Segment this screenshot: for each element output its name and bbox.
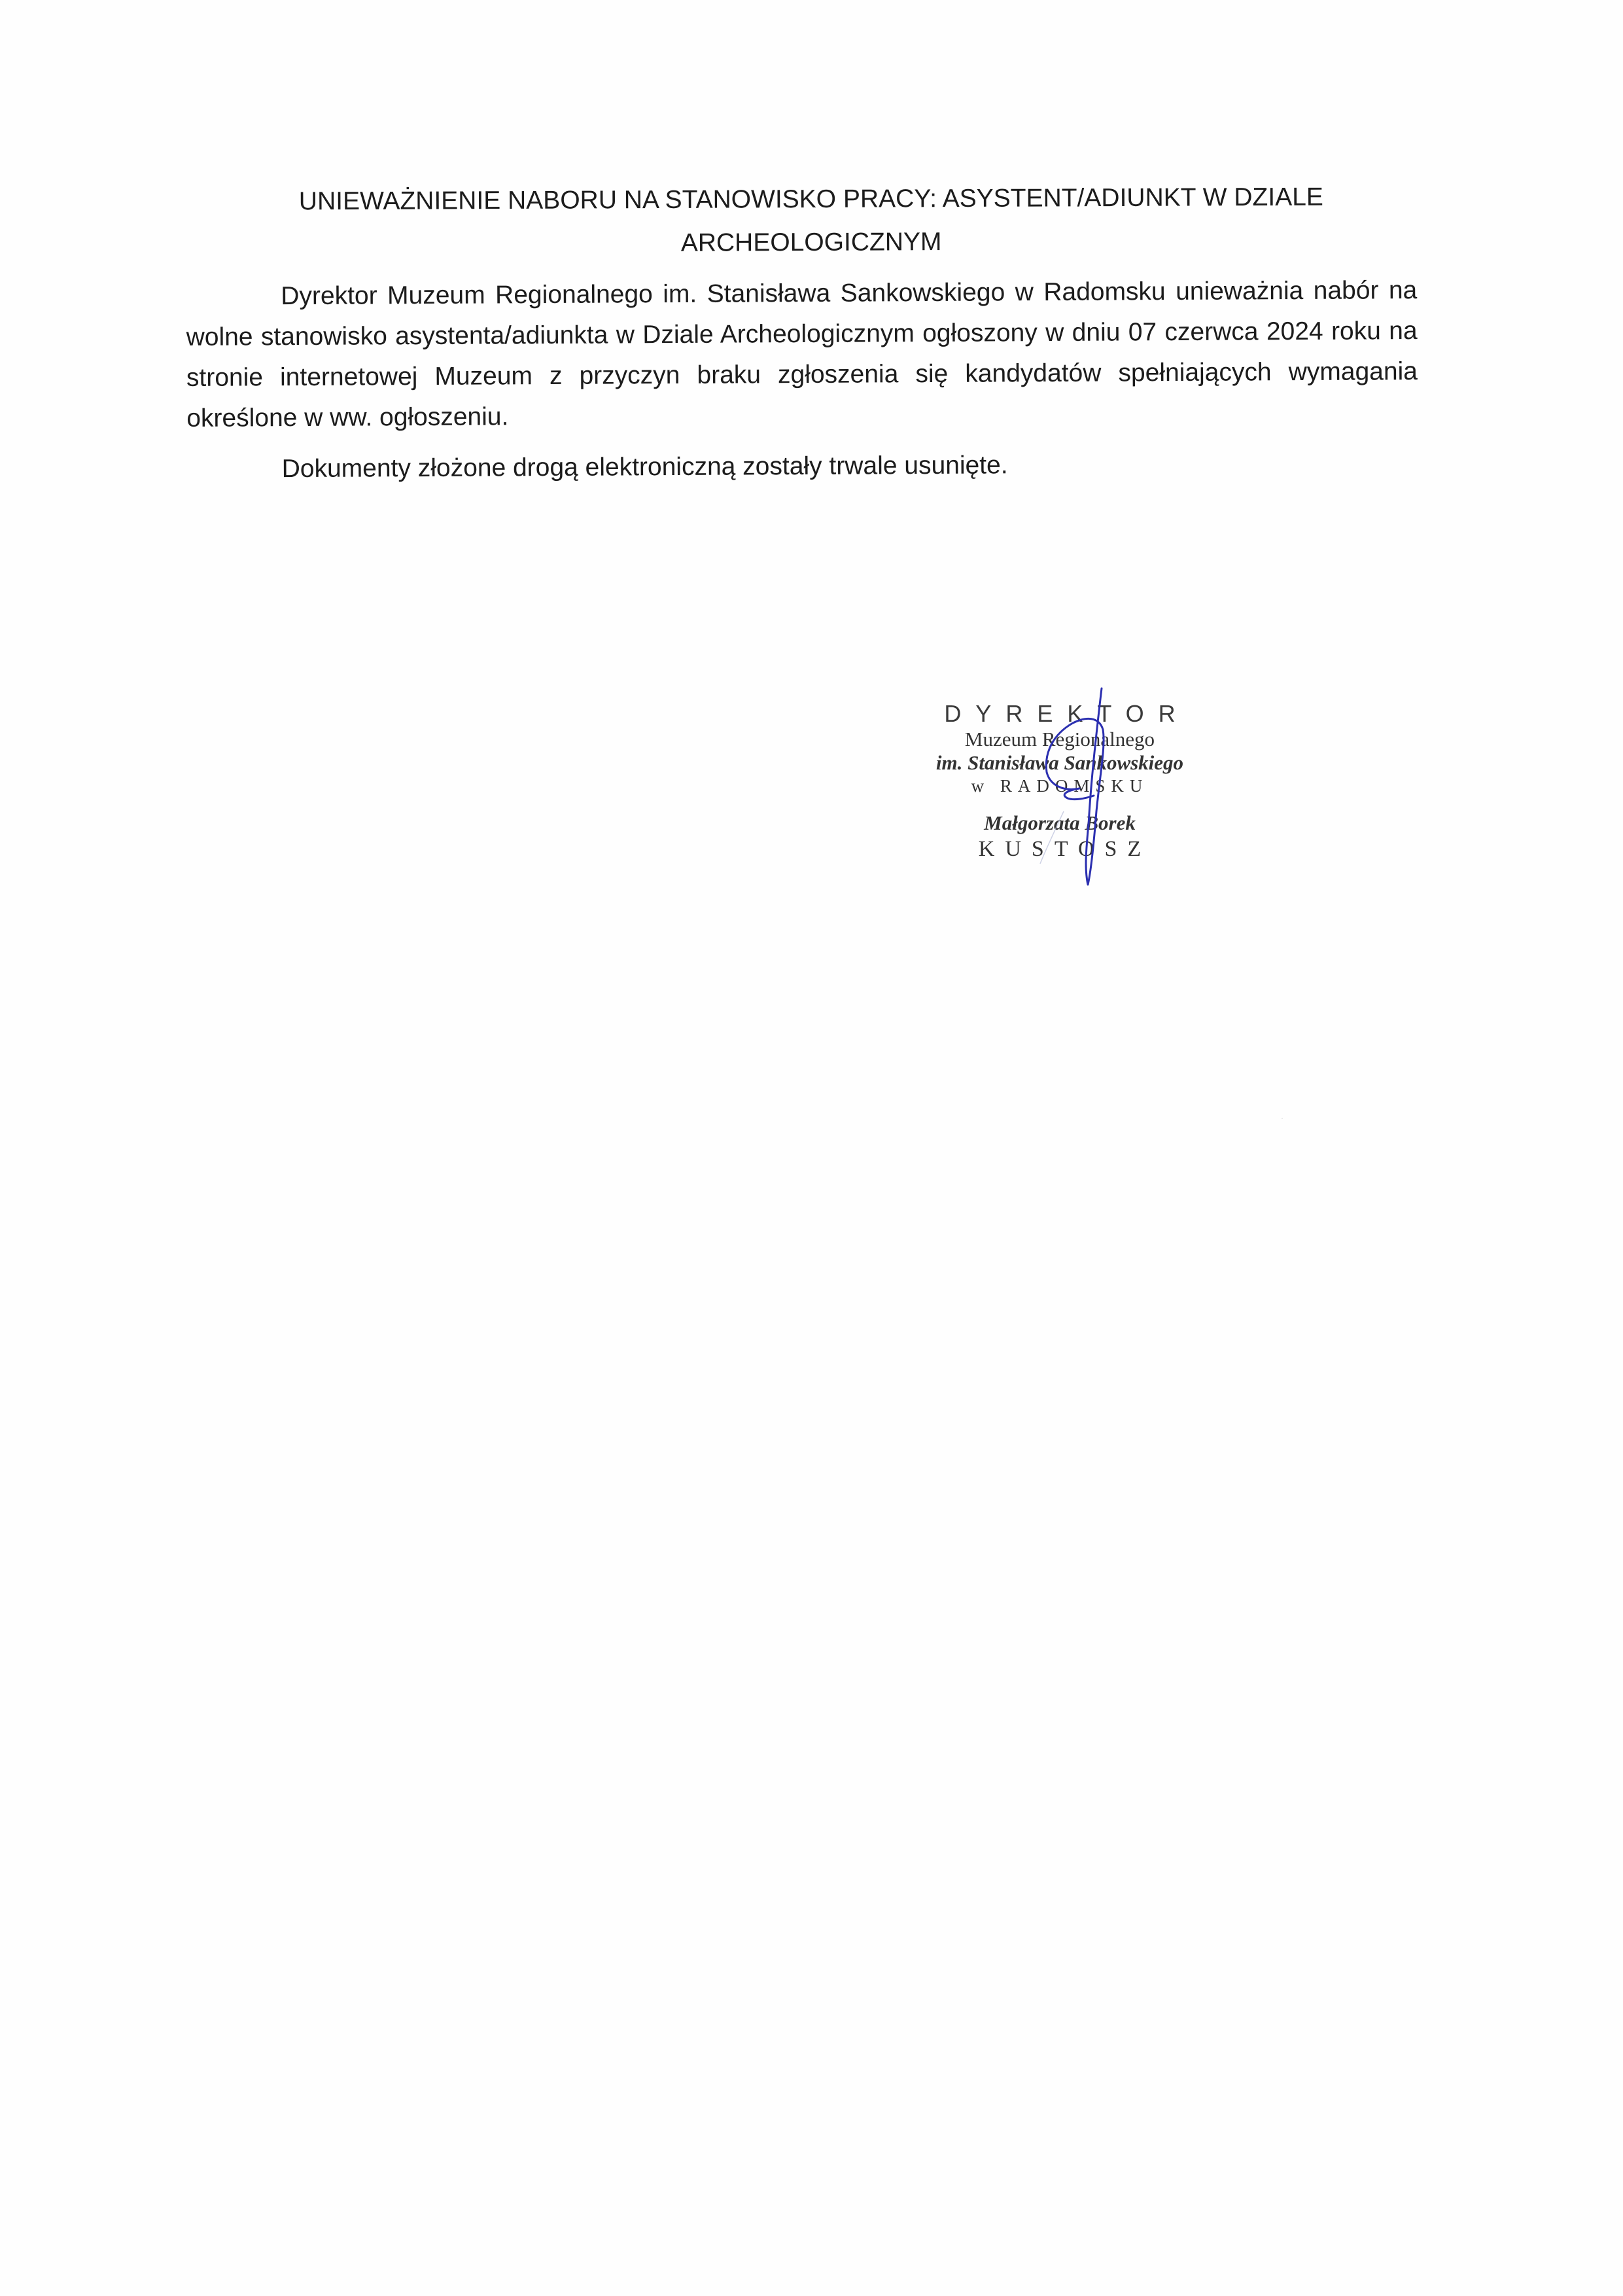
stamp-city: w RADOMSKU [883,775,1236,797]
stamp-position: DYREKTOR [883,700,1236,728]
stamp-institution: Muzeum Regionalnego [883,728,1236,751]
stamp-patron: im. Stanisława Sankowskiego [883,751,1236,775]
scan-speck: · [1281,1114,1290,1122]
document-body: Dyrektor Muzeum Regionalnego im. Stanisł… [186,270,1418,490]
paragraph-documents-deleted: Dokumenty złożone drogą elektroniczną zo… [187,443,1418,490]
document-page: UNIEWAŻNIENIE NABORU NA STANOWISKO PRACY… [0,0,1623,2296]
paragraph-annulment: Dyrektor Muzeum Regionalnego im. Stanisł… [186,270,1418,439]
document-title: UNIEWAŻNIENIE NABORU NA STANOWISKO PRACY… [196,175,1427,267]
stamp-signatory-name: Małgorzata Borek [883,810,1236,836]
director-stamp: DYREKTOR Muzeum Regionalnego im. Stanisł… [883,700,1236,862]
stamp-signatory-title: KUSTOSZ [883,836,1236,862]
